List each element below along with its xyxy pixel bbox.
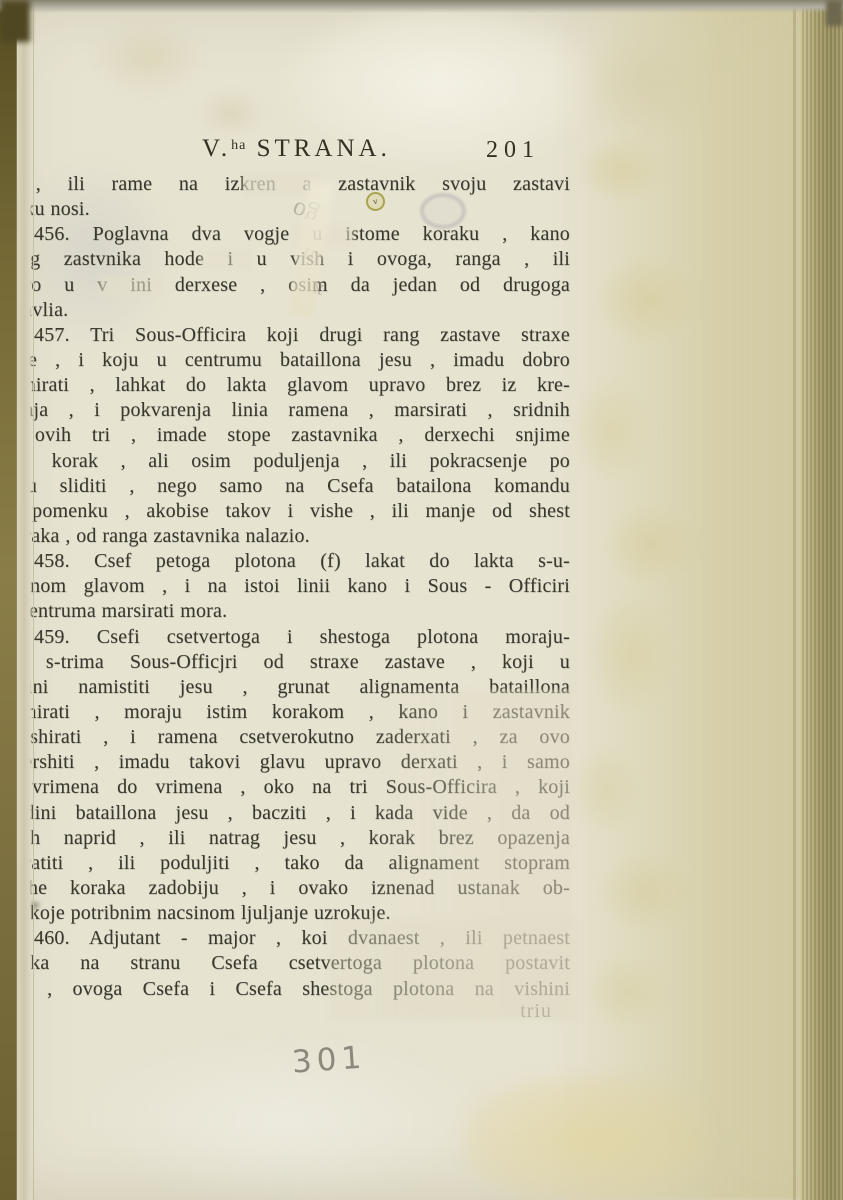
text-line: 457. Tri Sous-Officira koji drugi rang z… [4,323,570,348]
text-line: abavlia. [4,298,570,323]
text-line: viuh naprid , ili natrag jesu , korak br… [4,826,570,851]
header-section-title: STRANA. [257,135,391,162]
text-line: lasu sliditi , nego samo na Csefa batail… [4,474,570,499]
text-line: koro u v ini derxese , osim da jedan od … [4,273,570,298]
page-edge-line-right [793,0,796,1200]
yellow-circle-annotation: v [366,192,385,211]
text-line: lignirati , lahkat do lakta glavom uprav… [4,373,570,398]
text-line: kuku nosi. [4,197,570,222]
text-block: . , ili rame na izkren a zastavnik svoju… [4,172,570,1002]
stain-bottom-right [460,1075,710,1200]
right-margin-water-stains [552,0,814,1200]
text-line: zvershiti , imadu takovi glavu upravo de… [4,750,570,775]
circle-annotation-glyph: v [372,197,378,207]
page-stack-edge-right [800,0,843,1200]
dark-corner-top-left [0,0,30,42]
text-line: 460. Adjutant - major , koi dvanaest , i… [4,926,570,951]
text-line: 456. Poglavna dva vogje u istome koraku … [4,222,570,247]
text-line: d vrimena do vrimena , oko na tri Sous-O… [4,775,570,800]
text-line: ravnom glavom , i na istoi linii kano i … [4,574,570,599]
text-line: koraka , od ranga zastavnika nalazio. [4,524,570,549]
header-section-superscript: ha [231,138,246,153]
text-line: li pomenku , akobise takov i vishe , ili… [4,499,570,524]
book-edge-top [0,0,843,13]
stain-top-right [580,22,710,142]
text-line: ormirati , moraju istim korakom , kano i… [4,700,570,725]
pencil-page-number: 301 [291,1039,368,1080]
stain-top-left-small [196,88,266,138]
text-line: ridini namistiti jesu , grunat alignamen… [4,675,570,700]
text-line: hanja , i pokvarenja linia ramena , mars… [4,398,570,423]
page-header-title: V.ha STRANA. [202,135,391,163]
page-number: 201 [486,137,540,164]
text-line: d centruma marsirati mora. [4,599,570,624]
text-line: sridini bataillona jesu , bacziti , i ka… [4,801,570,826]
text-line: d ovih tri , imade stope zastavnika , de… [4,423,570,448]
text-line: sine , i koju u centrumu bataillona jesu… [4,348,570,373]
text-line: oraka na stranu Csefa csetvertoga ploton… [4,951,570,976]
stain-top-pale [260,0,620,200]
text-line: hi s-trima Sous-Officjri od straxe zasta… [4,650,570,675]
header-section-prefix: V. [202,135,231,162]
text-line: siti korak , ali osim poduljenja , ili p… [4,449,570,474]
text-line: e , koje potribnim nacsinom ljuljanje uz… [4,901,570,926]
text-line: okratiti , ili poduljiti , tako da align… [4,851,570,876]
text-line: 458. Csef petoga plotona (f) lakat do la… [4,549,570,574]
dark-corner-top-right [826,0,843,26]
book-page-scan: go m x V.ha STRANA. 201 . , ili rame na … [0,0,843,1200]
stain-bottom-center [90,1040,480,1200]
text-line: . , ili rame na izkren a zastavnik svoju… [4,172,570,197]
text-line: est , ovoga Csefa i Csefa shestoga ploto… [4,977,570,1002]
text-line: vishe koraka zadobiju , i ovako iznenad … [4,876,570,901]
text-line: rang zastvnika hode i u vish i ovoga, ra… [4,247,570,272]
catchword: triu [4,1000,552,1023]
text-line: 459. Csefi csetvertoga i shestoga ploton… [4,625,570,650]
stain-top-left [88,18,208,98]
text-line: narshirati , i ramena csetverokutno zade… [4,725,570,750]
